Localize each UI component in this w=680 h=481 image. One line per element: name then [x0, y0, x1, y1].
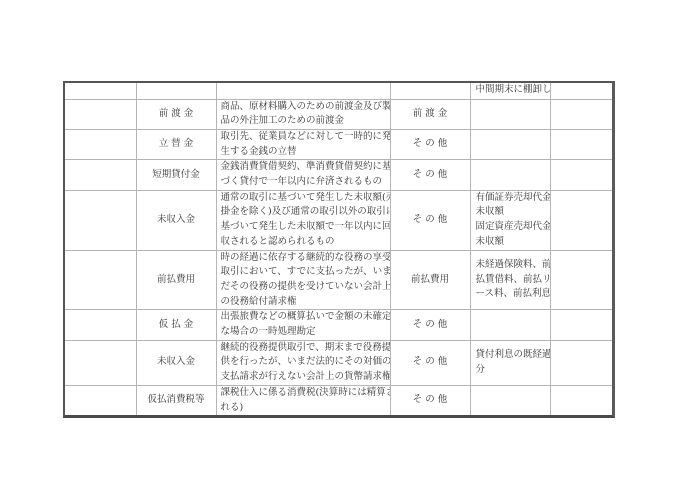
accounts-table: 中間期末に棚卸し 前 渡 金 商品、原材料購入のための前渡金及び製 品の外注加工…: [65, 83, 612, 415]
remarks-cell: [550, 129, 612, 159]
remarks-cell: [550, 385, 612, 415]
remarks-cell: [550, 310, 612, 340]
row-header-cell: [65, 190, 136, 250]
description-cell: [216, 83, 390, 99]
table-row: 未収入金 継続的役務提供取引で、期末まで役務提 供を行ったが、いまだ法的にその対…: [65, 340, 612, 385]
table-row: 短期貸付金 金銭消費貸借契約、準消費貸借契約に基 づく貸付で一年以内に弁済される…: [65, 160, 612, 190]
table-row: 立 替 金 取引先、従業員などに対して一時的に発 生する金銭の立替 そ の 他: [65, 129, 612, 159]
remarks-cell: [550, 160, 612, 190]
examples-cell: 有価証券売却代金 未収額 固定資産売却代金 未収額: [470, 190, 550, 250]
example-line: 分: [476, 363, 546, 378]
example-line: 未収額: [476, 205, 546, 220]
table-row: 前 渡 金 商品、原材料購入のための前渡金及び製 品の外注加工のための前渡金 前…: [65, 99, 612, 129]
account-name-cell: 立 替 金: [136, 129, 216, 159]
description-line: 収されると認められるもの: [221, 235, 388, 250]
account-name-cell: 仮払消費税等: [136, 385, 216, 415]
description-line: 生する金銭の立替: [221, 145, 388, 160]
row-header-cell: [65, 83, 136, 99]
remarks-cell: [550, 83, 612, 99]
example-line: 払賃借料、前払リ: [476, 273, 546, 288]
example-line: 未収額: [476, 235, 546, 250]
category-cell: そ の 他: [390, 340, 470, 385]
description-line: づく貸付で一年以内に弁済されるもの: [221, 175, 388, 190]
category-cell: 前 渡 金: [390, 99, 470, 129]
account-name-cell: 未収入金: [136, 340, 216, 385]
category-cell: 前払費用: [390, 250, 470, 310]
row-header-cell: [65, 250, 136, 310]
account-name-cell: [136, 83, 216, 99]
description-cell: 出張旅費などの概算払いで金額の未確定 な場合の一時処理勘定: [216, 310, 390, 340]
remarks-cell: [550, 340, 612, 385]
description-line: 通常の取引に基づいて発生した未収額(売: [221, 191, 388, 206]
table-row: 中間期末に棚卸し: [65, 83, 612, 99]
category-cell: そ の 他: [390, 129, 470, 159]
examples-cell: [470, 129, 550, 159]
description-cell: 取引先、従業員などに対して一時的に発 生する金銭の立替: [216, 129, 390, 159]
description-line: 取引先、従業員などに対して一時的に発: [221, 130, 388, 145]
table-row: 仮 払 金 出張旅費などの概算払いで金額の未確定 な場合の一時処理勘定 そ の …: [65, 310, 612, 340]
description-line: 課税仕入に係る消費税(決算時には精算さ: [221, 386, 388, 401]
examples-cell: [470, 310, 550, 340]
row-header-cell: [65, 99, 136, 129]
description-line: 供を行ったが、いまだ法的にその対価の: [221, 355, 388, 370]
description-line: 商品、原材料購入のための前渡金及び製: [221, 100, 388, 115]
row-header-cell: [65, 385, 136, 415]
description-line: 支払請求が行えない会計上の貨幣請求権: [221, 370, 388, 385]
description-line: の役務給付請求権: [221, 295, 388, 310]
examples-cell: 未経過保険料、前 払賃借料、前払リ ース料、前払利息: [470, 250, 550, 310]
remarks-cell: [550, 99, 612, 129]
example-line: 中間期末に棚卸し: [476, 83, 546, 98]
example-line: 未経過保険料、前: [476, 258, 546, 273]
description-line: 基づいて発生した未収額で一年以内に回: [221, 220, 388, 235]
description-line: 掛金を除く)及び通常の取引以外の取引に: [221, 205, 388, 220]
accounts-table-body: 中間期末に棚卸し 前 渡 金 商品、原材料購入のための前渡金及び製 品の外注加工…: [65, 83, 612, 415]
table-row: 未収入金 通常の取引に基づいて発生した未収額(売 掛金を除く)及び通常の取引以外…: [65, 190, 612, 250]
remarks-cell: [550, 250, 612, 310]
row-header-cell: [65, 340, 136, 385]
examples-cell: [470, 160, 550, 190]
description-line: 金銭消費貸借契約、準消費貸借契約に基: [221, 160, 388, 175]
example-line: ース料、前払利息: [476, 287, 546, 302]
category-cell: [390, 83, 470, 99]
description-line: れる): [221, 401, 388, 416]
category-cell: そ の 他: [390, 385, 470, 415]
account-name-cell: 前払費用: [136, 250, 216, 310]
description-line: な場合の一時処理勘定: [221, 325, 388, 340]
row-header-cell: [65, 310, 136, 340]
category-cell: そ の 他: [390, 310, 470, 340]
category-cell: そ の 他: [390, 160, 470, 190]
account-name-cell: 前 渡 金: [136, 99, 216, 129]
example-line: 貸付利息の既経過: [476, 348, 546, 363]
description-line: 品の外注加工のための前渡金: [221, 114, 388, 129]
example-line: 固定資産売却代金: [476, 220, 546, 235]
description-line: 取引において、すでに支払ったが、いま: [221, 265, 388, 280]
description-cell: 継続的役務提供取引で、期末まで役務提 供を行ったが、いまだ法的にその対価の 支払…: [216, 340, 390, 385]
row-header-cell: [65, 160, 136, 190]
examples-cell: [470, 385, 550, 415]
description-cell: 商品、原材料購入のための前渡金及び製 品の外注加工のための前渡金: [216, 99, 390, 129]
description-cell: 時の経過に依存する継続的な役務の享受 取引において、すでに支払ったが、いま だそ…: [216, 250, 390, 310]
description-line: 継続的役務提供取引で、期末まで役務提: [221, 341, 388, 356]
description-cell: 通常の取引に基づいて発生した未収額(売 掛金を除く)及び通常の取引以外の取引に …: [216, 190, 390, 250]
table-row: 仮払消費税等 課税仕入に係る消費税(決算時には精算さ れる) そ の 他: [65, 385, 612, 415]
table-row: 前払費用 時の経過に依存する継続的な役務の享受 取引において、すでに支払ったが、…: [65, 250, 612, 310]
description-cell: 課税仕入に係る消費税(決算時には精算さ れる): [216, 385, 390, 415]
description-cell: 金銭消費貸借契約、準消費貸借契約に基 づく貸付で一年以内に弁済されるもの: [216, 160, 390, 190]
account-name-cell: 仮 払 金: [136, 310, 216, 340]
description-line: 時の経過に依存する継続的な役務の享受: [221, 251, 388, 266]
account-name-cell: 未収入金: [136, 190, 216, 250]
example-line: 有価証券売却代金: [476, 191, 546, 206]
examples-cell: 貸付利息の既経過 分: [470, 340, 550, 385]
description-line: 出張旅費などの概算払いで金額の未確定: [221, 310, 388, 325]
account-name-cell: 短期貸付金: [136, 160, 216, 190]
category-cell: そ の 他: [390, 190, 470, 250]
examples-cell: [470, 99, 550, 129]
examples-cell: 中間期末に棚卸し: [470, 83, 550, 99]
description-line: だその役務の提供を受けていない会計上: [221, 280, 388, 295]
remarks-cell: [550, 190, 612, 250]
accounts-table-container: 中間期末に棚卸し 前 渡 金 商品、原材料購入のための前渡金及び製 品の外注加工…: [63, 81, 615, 418]
row-header-cell: [65, 129, 136, 159]
